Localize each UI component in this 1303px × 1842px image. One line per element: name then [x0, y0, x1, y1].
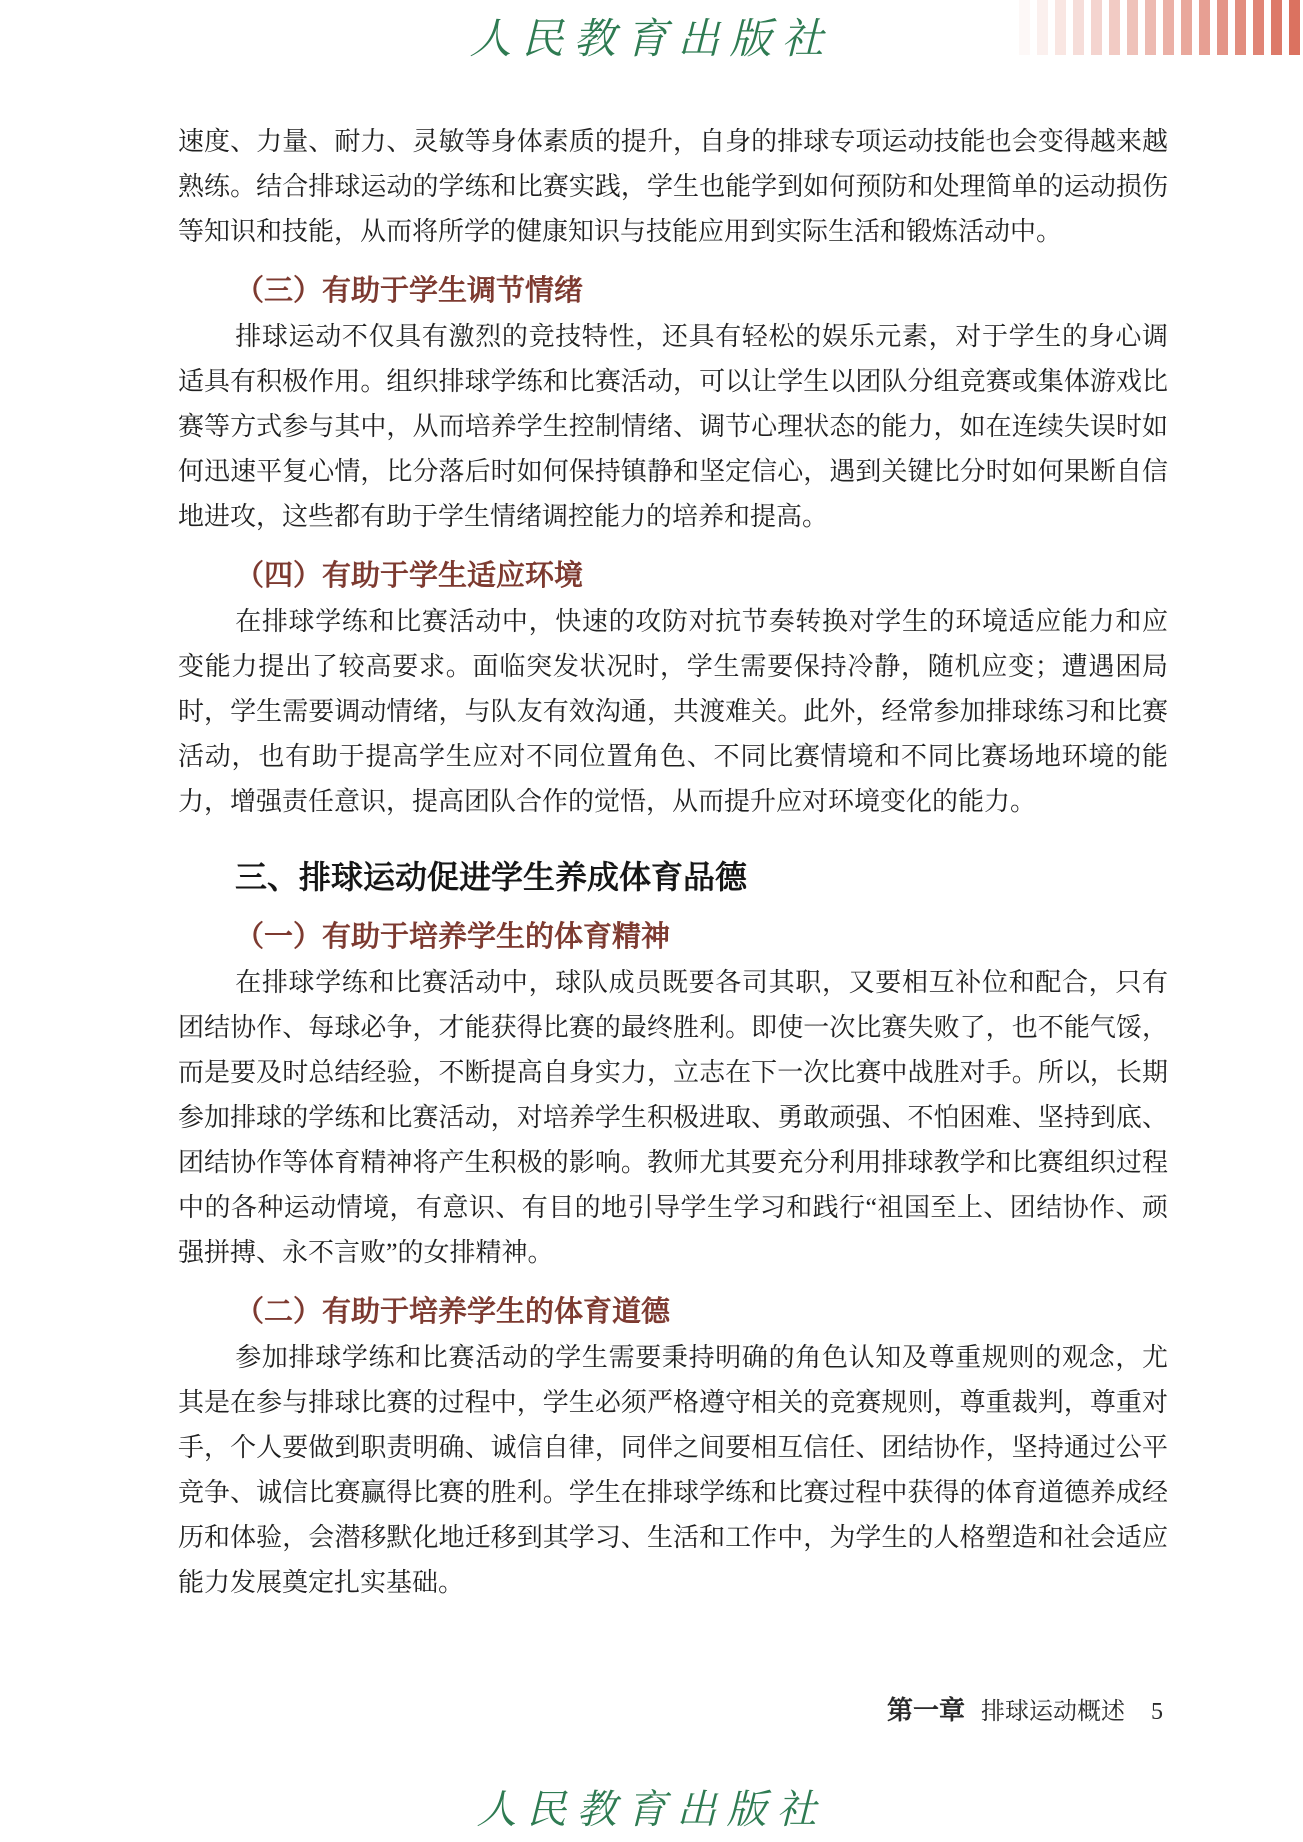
page-footer: 第一章 排球运动概述 5: [887, 1690, 1163, 1727]
subheading-1-sports-spirit: （一）有助于培养学生的体育精神: [178, 915, 1168, 960]
paragraph-sports-spirit: 在排球学练和比赛活动中，球队成员既要各司其职，又要相互补位和配合，只有团结协作、…: [178, 960, 1168, 1275]
decorative-bar: [1109, 0, 1120, 55]
page-body: 速度、力量、耐力、灵敏等身体素质的提升，自身的排球专项运动技能也会变得越来越熟练…: [178, 119, 1168, 1605]
decorative-bar: [1163, 0, 1174, 55]
paragraph-intro-continuation: 速度、力量、耐力、灵敏等身体素质的提升，自身的排球专项运动技能也会变得越来越熟练…: [178, 119, 1168, 254]
decorative-bar: [1217, 0, 1228, 55]
section-heading-sports-morality: 三、排球运动促进学生养成体育品德: [178, 855, 1168, 900]
decorative-bar: [1289, 0, 1300, 55]
decorative-bar: [1019, 0, 1030, 55]
subheading-3-emotion-regulation: （三）有助于学生调节情绪: [178, 269, 1168, 314]
decorative-bar: [1037, 0, 1048, 55]
decorative-bar: [1253, 0, 1264, 55]
decorative-bar: [1235, 0, 1246, 55]
decorative-bar: [1199, 0, 1210, 55]
subheading-4-environment-adaptation: （四）有助于学生适应环境: [178, 554, 1168, 599]
decorative-bars: [1019, 0, 1300, 55]
decorative-bar: [1091, 0, 1102, 55]
decorative-bar: [1073, 0, 1084, 55]
footer-page-number: 5: [1151, 1699, 1163, 1726]
subheading-2-sports-ethics: （二）有助于培养学生的体育道德: [178, 1290, 1168, 1335]
textbook-page: 人民教育出版社 速度、力量、耐力、灵敏等身体素质的提升，自身的排球专项运动技能也…: [0, 0, 1303, 1842]
paragraph-emotion-regulation: 排球运动不仅具有激烈的竞技特性，还具有轻松的娱乐元素，对于学生的身心调适具有积极…: [178, 314, 1168, 539]
decorative-bar: [1145, 0, 1156, 55]
paragraph-sports-ethics: 参加排球学练和比赛活动的学生需要秉持明确的角色认知及尊重规则的观念，尤其是在参与…: [178, 1335, 1168, 1605]
footer-chapter-label: 第一章: [887, 1690, 965, 1727]
decorative-bar: [1181, 0, 1192, 55]
footer-section-title: 排球运动概述: [981, 1691, 1125, 1726]
publisher-logo-bottom: 人民教育出版社: [0, 1778, 1303, 1835]
paragraph-environment-adaptation: 在排球学练和比赛活动中，快速的攻防对抗节奏转换对学生的环境适应能力和应变能力提出…: [178, 599, 1168, 824]
decorative-bar: [1127, 0, 1138, 55]
decorative-bar: [1271, 0, 1282, 55]
decorative-bar: [1055, 0, 1066, 55]
